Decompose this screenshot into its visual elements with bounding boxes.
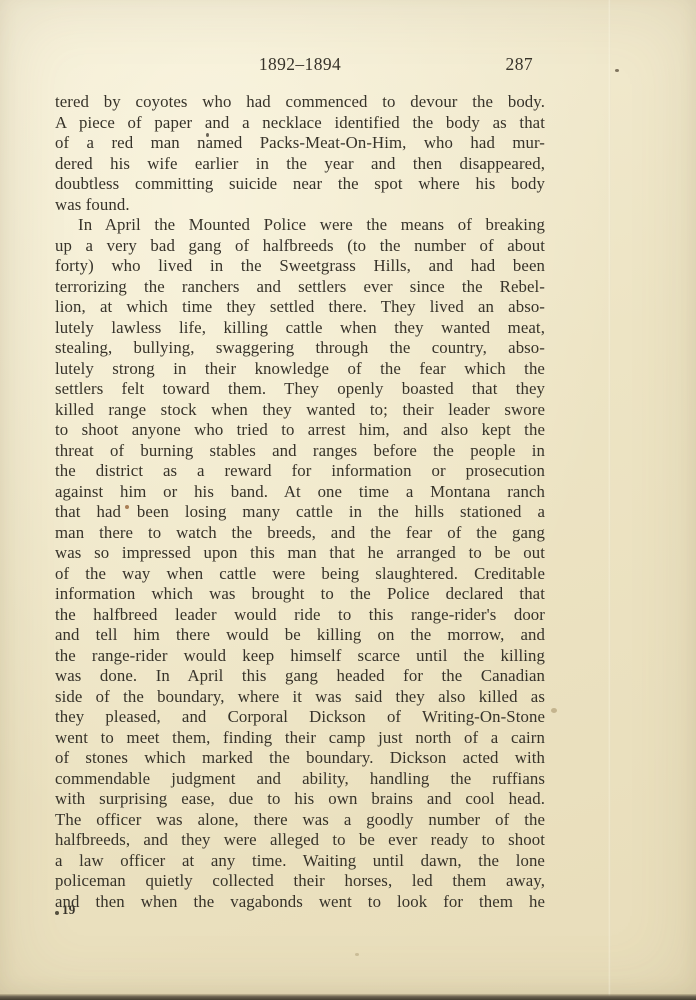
text-line: lion, at which time they settled there. … [55,297,545,318]
paper-crease [608,0,611,1000]
paper-speck [551,708,557,713]
text-line: of the way when cattle were being slaugh… [55,564,545,585]
scan-bottom-edge [0,994,696,1000]
text-line: tered by coyotes who had commenced to de… [55,92,545,113]
text-line: terrorizing the ranchers and settlers ev… [55,277,545,298]
text-line: settlers felt toward them. They openly b… [55,379,545,400]
text-line: dered his wife earlier in the year and t… [55,154,545,175]
text-line: to shoot anyone who tried to arrest him,… [55,420,545,441]
text-line: was so impressed upon this man that he a… [55,543,545,564]
page-header: 1892–1894 287 [55,54,545,76]
scanned-book-page: 1892–1894 287 tered by coyotes who had c… [0,0,696,1000]
text-line: stealing, bullying, swaggering through t… [55,338,545,359]
text-line: forty) who lived in the Sweetgrass Hills… [55,256,545,277]
text-line: The officer was alone, there was a goodl… [55,810,545,831]
text-line: halfbreeds, and they were alleged to be … [55,830,545,851]
text-line: lutely strong in their knowledge of the … [55,359,545,380]
text-line: threat of burning stables and ranges bef… [55,441,545,462]
text-line: lutely lawless life, killing cattle when… [55,318,545,339]
text-line: up a very bad gang of halfbreeds (to the… [55,236,545,257]
text-block: tered by coyotes who had commenced to de… [55,92,545,912]
text-line: a law officer at any time. Waiting until… [55,851,545,872]
text-line: the halfbreed leader would ride to this … [55,605,545,626]
text-line: man there to watch the breeds, and the f… [55,523,545,544]
page-number: 287 [506,54,533,75]
ink-dot [55,911,59,915]
text-line: and then when the vagabonds went to look… [55,892,545,913]
text-line: of a red man named Packs-Meat-On-Him, wh… [55,133,545,154]
text-line: commendable judgment and ability, handli… [55,769,545,790]
text-line: the range-rider would keep himself scarc… [55,646,545,667]
text-line: A piece of paper and a necklace identifi… [55,113,545,134]
text-line: was done. In April this gang headed for … [55,666,545,687]
running-title: 1892–1894 [55,54,545,75]
paper-speck [615,69,619,72]
text-line: the district as a reward for information… [55,461,545,482]
paper-speck [125,505,129,509]
text-line: went to meet them, finding their camp ju… [55,728,545,749]
text-line: they pleased, and Corporal Dickson of Wr… [55,707,545,728]
text-line: policeman quietly collected their horses… [55,871,545,892]
paper-speck [355,953,359,956]
text-line: killed range stock when they wanted to; … [55,400,545,421]
text-line: and tell him there would be killing on t… [55,625,545,646]
text-line: side of the boundary, where it was said … [55,687,545,708]
text-line: information which was brought to the Pol… [55,584,545,605]
text-line: with surprising ease, due to his own bra… [55,789,545,810]
text-line: was found. [55,195,545,216]
signature-mark: 19 [55,902,76,918]
text-line: In April the Mounted Police were the mea… [55,215,545,236]
text-line: of stones which marked the boundary. Dic… [55,748,545,769]
text-line: doubtless committing suicide near the sp… [55,174,545,195]
text-line: against him or his band. At one time a M… [55,482,545,503]
signature-number: 19 [62,902,76,917]
paper-speck [206,133,209,137]
